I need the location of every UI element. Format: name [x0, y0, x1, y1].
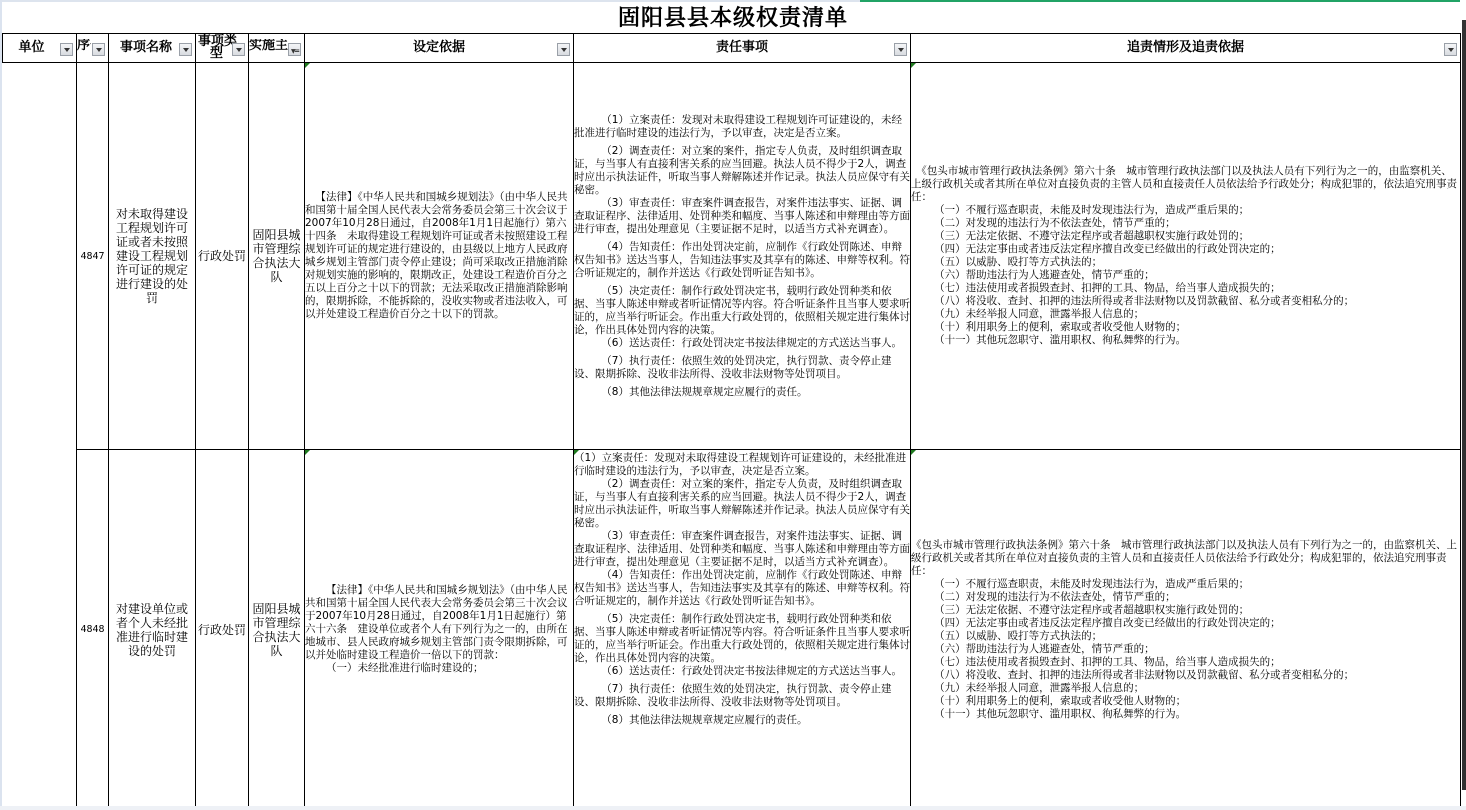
cell-subject[interactable]: 固阳县城市管理综合执法大队 — [249, 63, 305, 450]
cell-unit[interactable] — [3, 63, 77, 810]
filter-dropdown-icon[interactable] — [92, 43, 105, 56]
vertical-scrollbar[interactable] — [1462, 20, 1466, 790]
comment-indicator-icon — [911, 450, 916, 455]
cell-seq[interactable]: 4847 — [77, 63, 109, 450]
comment-indicator-icon — [305, 63, 310, 68]
cell-subject[interactable]: 固阳县城市管理综合执法大队 — [249, 450, 305, 810]
col-header-name: 事项名称 — [109, 34, 196, 63]
filter-dropdown-icon[interactable] — [60, 43, 73, 56]
comment-indicator-icon — [574, 450, 579, 455]
table-row: 4848 对建设单位或者个人未经批准进行临时建设的处罚 行政处罚 固阳县城市管理… — [3, 450, 1461, 810]
cell-item-type[interactable]: 行政处罚 — [196, 63, 249, 450]
cell-item-type[interactable]: 行政处罚 — [196, 450, 249, 810]
filter-active-icon[interactable] — [288, 43, 301, 56]
col-header-responsibility: 责任事项 — [574, 34, 911, 63]
cell-responsibility[interactable]: （1）立案责任：发现对未取得建设工程规划许可证建设的，未经批准进行临时建设的违法… — [574, 63, 911, 450]
filter-dropdown-icon[interactable] — [1444, 43, 1457, 56]
cell-seq[interactable]: 4848 — [77, 450, 109, 810]
col-header-type: 事项类 型 — [196, 34, 249, 63]
col-header-subject: 实施主体 — [249, 34, 305, 63]
sheet-title: 固阳县县本级权责清单 — [0, 2, 1466, 34]
table-row: 4847 对未取得建设工程规划许可证或者未按照建设工程规划许可证的规定进行建设的… — [3, 63, 1461, 450]
cell-accountability[interactable]: 《包头市城市管理行政执法条例》第六十条 城市管理行政执法部门以及执法人员有下列行… — [911, 450, 1461, 810]
sheet-bottom-edge — [0, 806, 1466, 810]
filter-dropdown-icon[interactable] — [179, 43, 192, 56]
cell-basis[interactable]: 【法律】《中华人民共和国城乡规划法》（由中华人民共和国第十届全国人民代表大会常务… — [305, 450, 574, 810]
cell-item-name[interactable]: 对建设单位或者个人未经批准进行临时建设的处罚 — [109, 450, 196, 810]
cell-responsibility[interactable]: （1）立案责任：发现对未取得建设工程规划许可证建设的，未经批准进行临时建设的违法… — [574, 450, 911, 810]
filter-dropdown-icon[interactable] — [557, 43, 570, 56]
filter-dropdown-icon[interactable] — [232, 43, 245, 56]
cell-basis[interactable]: 【法律】《中华人民共和国城乡规划法》（由中华人民共和国第十届全国人民代表大会常务… — [305, 63, 574, 450]
col-header-seq: 序号 — [77, 34, 109, 63]
filter-dropdown-icon[interactable] — [894, 43, 907, 56]
header-row: 单位 序号 事项名称 事项类 型 实施主体 — [3, 34, 1461, 63]
col-header-accountability: 追责情形及追责依据 — [911, 34, 1461, 63]
col-header-basis: 设定依据 — [305, 34, 574, 63]
cell-accountability[interactable]: 《包头市城市管理行政执法条例》第六十条 城市管理行政执法部门以及执法人员有下列行… — [911, 63, 1461, 450]
responsibility-table: 单位 序号 事项名称 事项类 型 实施主体 — [2, 33, 1461, 810]
cell-item-name[interactable]: 对未取得建设工程规划许可证或者未按照建设工程规划许可证的规定进行建设的处罚 — [109, 63, 196, 450]
col-header-unit: 单位 — [3, 34, 77, 63]
comment-indicator-icon — [305, 450, 310, 455]
comment-indicator-icon — [911, 63, 916, 68]
